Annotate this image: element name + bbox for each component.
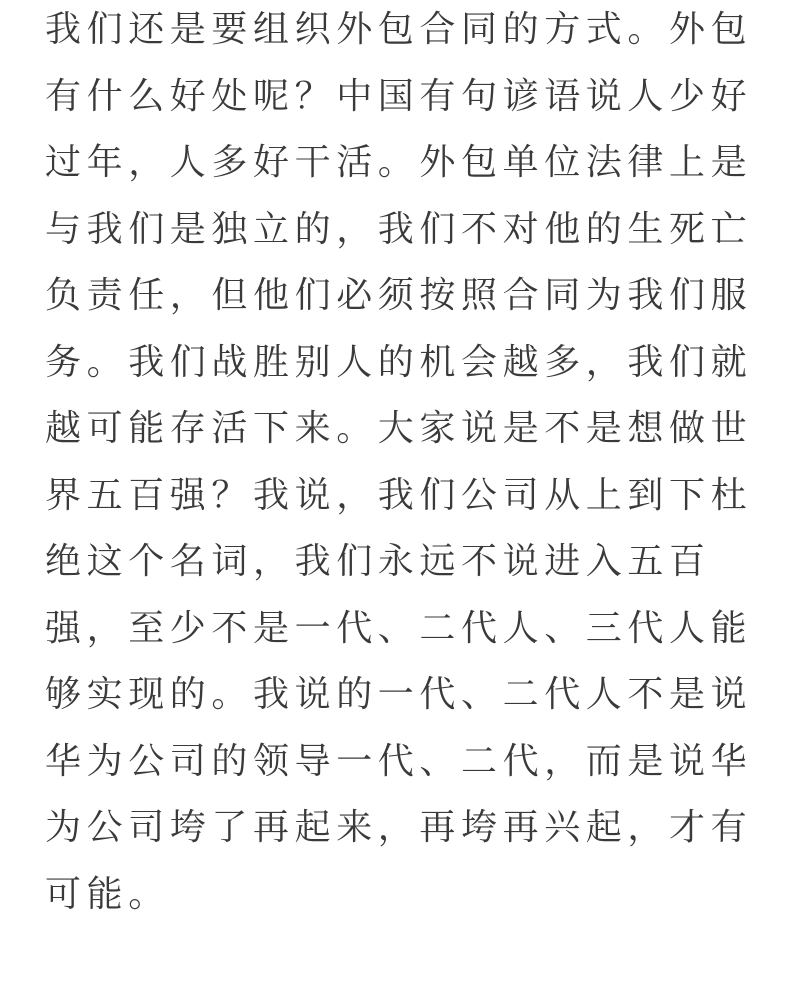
paragraph-line-7: 越可能存活下来。大家说是不是想做世 (45, 396, 765, 463)
paragraph-line-11: 够实现的。我说的一代、二代人不是说 (45, 662, 765, 729)
paragraph-line-5: 负责任，但他们必须按照合同为我们服 (45, 263, 765, 330)
paragraph-line-12: 华为公司的领导一代、二代，而是说华 (45, 729, 765, 796)
paragraph-line-10: 强，至少不是一代、二代人、三代人能 (45, 596, 765, 663)
paragraph-line-8: 界五百强？我说，我们公司从上到下杜 (45, 463, 765, 530)
paragraph-line-13: 为公司垮了再起来，再垮再兴起，才有 (45, 795, 765, 862)
paragraph-line-2: 有什么好处呢？中国有句谚语说人少好 (45, 64, 765, 131)
paragraph-line-1: 我们还是要组织外包合同的方式。外包 (45, 0, 765, 64)
paragraph-line-14: 可能。 (45, 862, 765, 929)
paragraph-line-4: 与我们是独立的，我们不对他的生死亡 (45, 197, 765, 264)
paragraph-line-9: 绝这个名词，我们永远不说进入五百 (45, 529, 765, 596)
article-body: 我们还是要组织外包合同的方式。外包 有什么好处呢？中国有句谚语说人少好 过年，人… (45, 0, 765, 928)
paragraph-line-3: 过年，人多好干活。外包单位法律上是 (45, 130, 765, 197)
paragraph-line-6: 务。我们战胜别人的机会越多，我们就 (45, 330, 765, 397)
